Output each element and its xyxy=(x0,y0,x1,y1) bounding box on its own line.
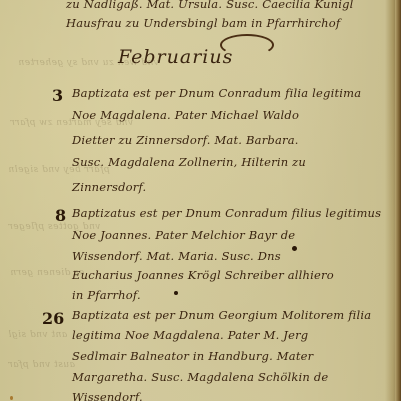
entry-line: Noe Magdalena. Pater Michael Waldo xyxy=(72,108,299,122)
entry-line: Eucharius Joannes Krögl Schreiber allhie… xyxy=(72,268,334,282)
entry-line: Baptizata est per Dnum Conradum filia le… xyxy=(72,86,361,100)
entry-line: in Pfarrhof. xyxy=(72,288,141,302)
entry-day: 26 xyxy=(42,309,64,328)
ink-blot xyxy=(174,291,178,295)
continuation-line: zu Nadligaß. Mat. Ursula. Susc. Caecilia… xyxy=(66,0,354,11)
entry-line: Sedlmair Balneator in Handburg. Mater xyxy=(72,349,313,363)
ink-blot xyxy=(292,246,297,251)
entry-line: legitima Noe Magdalena. Pater M. Jerg xyxy=(72,328,308,342)
entry-day: 8 xyxy=(55,206,66,225)
entry-line: Wissendorf. xyxy=(72,390,143,401)
bleed-through-text: aust vnd pfar xyxy=(8,360,75,370)
manuscript-page: vnd wen zu vnd sy geherten vnd sey marte… xyxy=(0,0,401,401)
entry-line: Noe Joannes. Pater Melchior Bayr de xyxy=(72,228,295,242)
continuation-line: Hausfrau zu Undersbingl bam in Pfarrhirc… xyxy=(66,16,340,30)
stain xyxy=(10,396,13,400)
bleed-through-text: ant vnd sigl xyxy=(8,330,67,340)
entry-line: Wissendorf. Mat. Maria. Susc. Dns xyxy=(72,249,281,263)
entry-line: Susc. Magdalena Zollnerin, Hilterin zu xyxy=(72,155,306,169)
entry-line: Margaretha. Susc. Magdalena Schölkin de xyxy=(72,370,328,384)
entry-line: Dietter zu Zinnersdorf. Mat. Barbara. xyxy=(72,133,299,147)
page-edge xyxy=(395,0,401,401)
entry-line: Zinnersdorf. xyxy=(72,180,146,194)
entry-line: Baptizata est per Dnum Georgium Molitore… xyxy=(72,308,371,322)
month-heading: Februarius xyxy=(118,46,233,68)
entry-day: 3 xyxy=(52,86,63,105)
entry-line: Baptizatus est per Dnum Conradum filius … xyxy=(72,206,381,220)
